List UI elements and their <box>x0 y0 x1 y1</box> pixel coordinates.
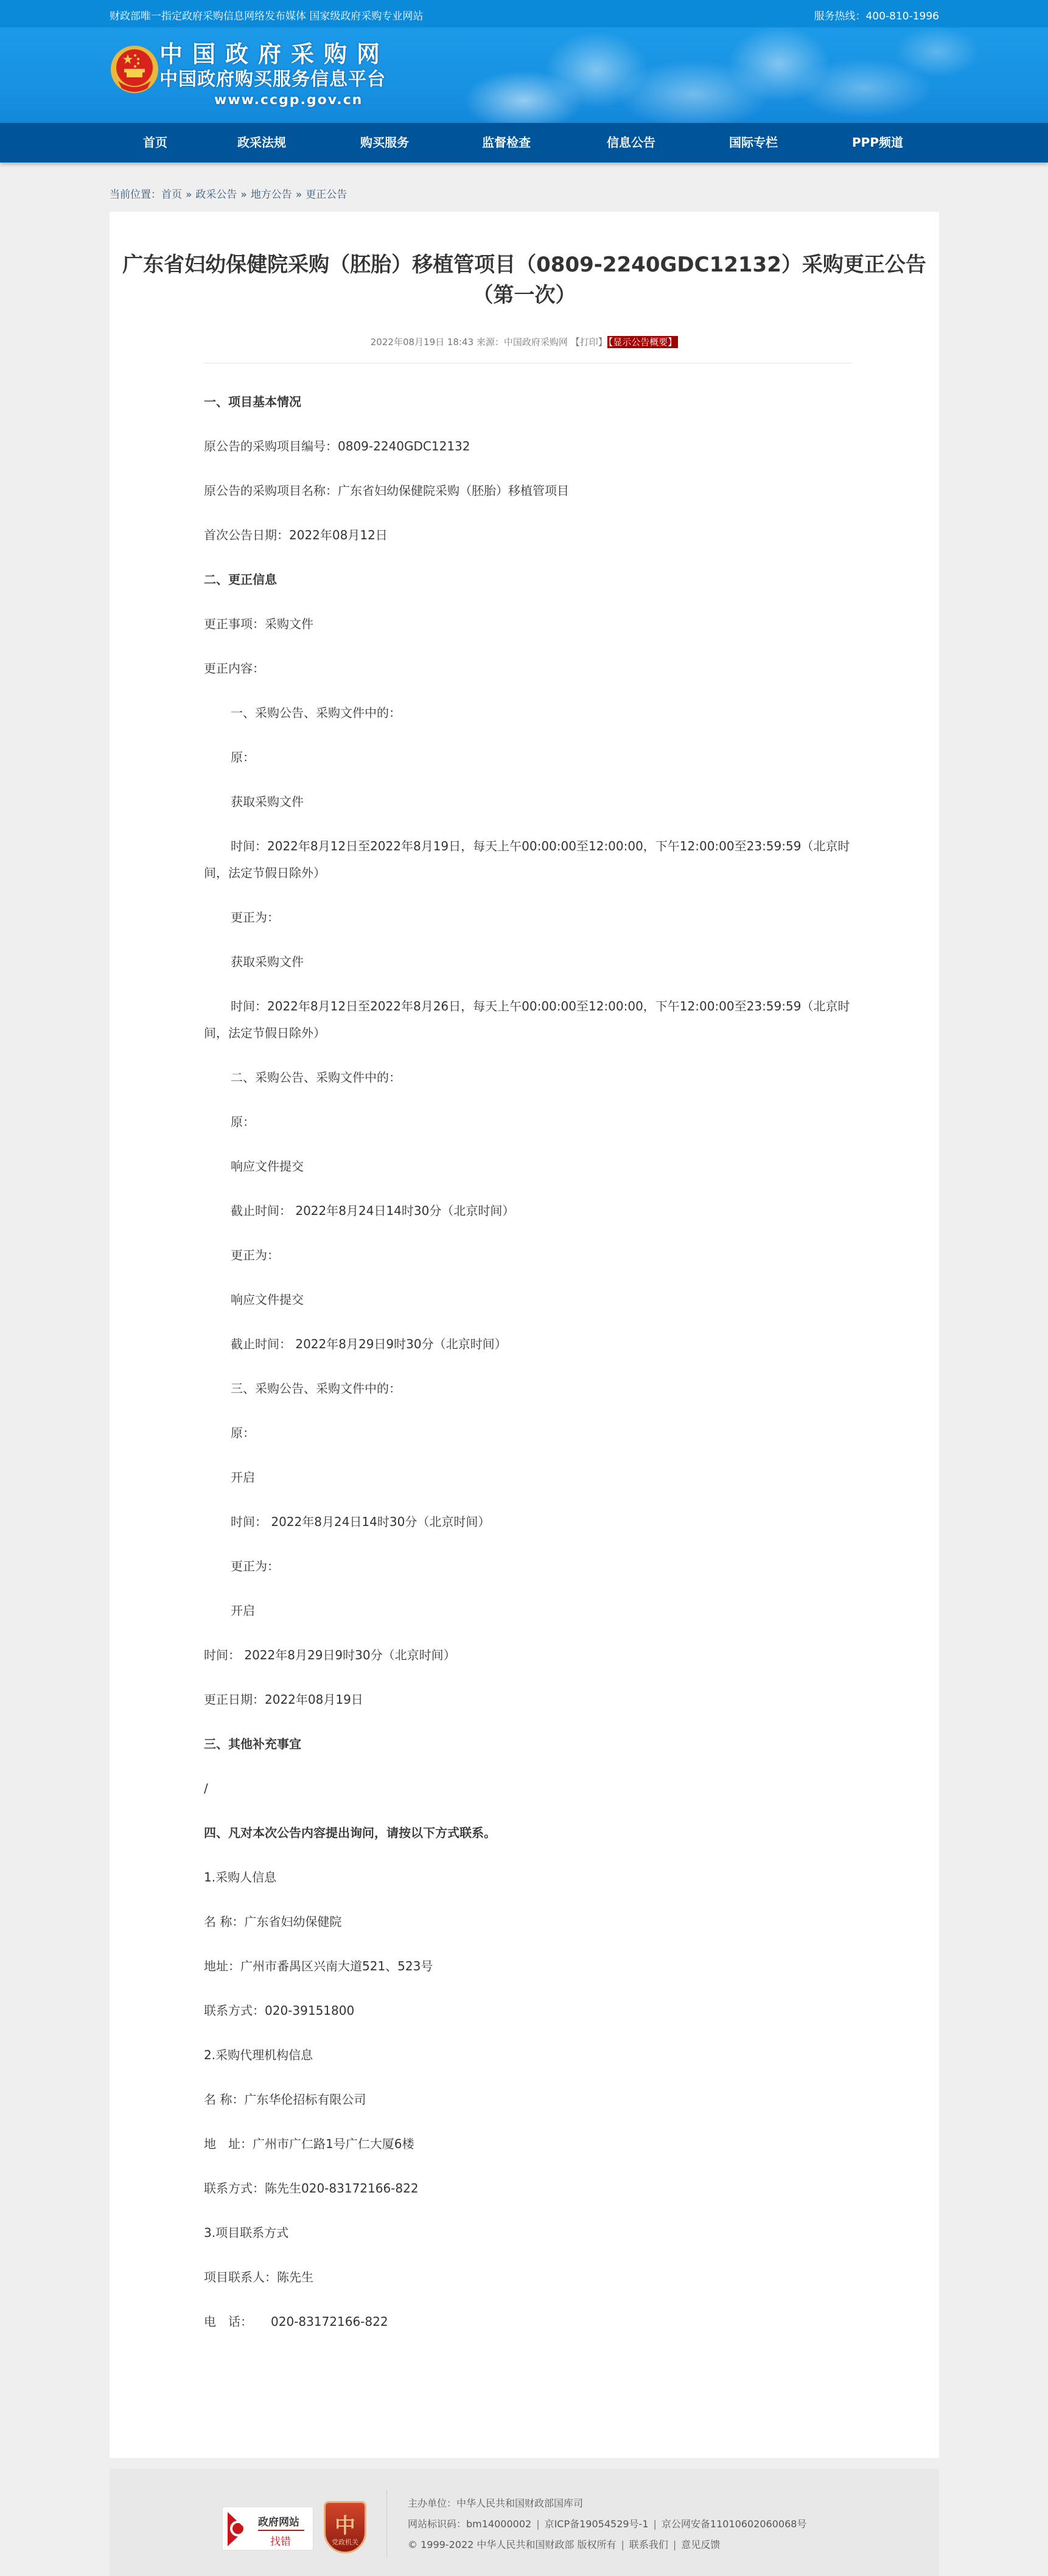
national-emblem-icon <box>110 44 159 94</box>
body-paragraph: 原公告的采购项目名称：广东省妇幼保健院采购（胚胎）移植管项目 <box>204 477 855 504</box>
body-paragraph: 地 址：广州市广仁路1号广仁大厦6楼 <box>204 2130 855 2157</box>
logo-title: 中国政府采购网 <box>159 41 390 68</box>
footer-sponsor: 主办单位：中华人民共和国财政部国库司 <box>408 2493 806 2514</box>
service-hotline: 服务热线：400-810-1996 <box>814 7 939 23</box>
top-bar: 财政部唯一指定政府采购信息网络发布媒体 国家级政府采购专业网站 服务热线：400… <box>0 0 1048 27</box>
body-paragraph: 更正内容： <box>204 655 855 682</box>
nav-item-home[interactable]: 首页 <box>143 123 167 163</box>
breadcrumb-separator: » <box>240 189 246 201</box>
body-paragraph: 电 话： 020-83172166-822 <box>204 2308 855 2335</box>
section-heading: 二、更正信息 <box>204 566 855 593</box>
breadcrumb-separator: » <box>186 189 192 201</box>
breadcrumb: 当前位置：首页»政采公告»地方公告»更正公告 <box>110 186 347 201</box>
badge-label-report-error: 找错 <box>270 2533 291 2548</box>
footer-separator: | <box>673 2539 676 2550</box>
cloud-background <box>438 27 986 123</box>
breadcrumb-correction-notices[interactable]: 更正公告 <box>306 189 347 201</box>
nav-item-ppp[interactable]: PPP频道 <box>852 123 903 163</box>
body-paragraph: 响应文件提交 <box>204 1153 855 1180</box>
body-paragraph: 更正为： <box>204 1242 855 1269</box>
footer-feedback-link[interactable]: 意见反馈 <box>681 2539 720 2550</box>
body-paragraph: 更正事项：采购文件 <box>204 611 855 637</box>
footer-icp-link[interactable]: 京ICP备19054529号-1 <box>545 2518 649 2530</box>
body-paragraph: 二、采购公告、采购文件中的： <box>204 1064 855 1091</box>
body-paragraph: 一、采购公告、采购文件中的： <box>204 699 855 726</box>
footer-separator: | <box>621 2539 624 2550</box>
footer-copyright: © 1999-2022 中华人民共和国财政部 版权所有 <box>408 2539 616 2550</box>
breadcrumb-procurement-notices[interactable]: 政采公告 <box>195 189 237 201</box>
site-slogan: 财政部唯一指定政府采购信息网络发布媒体 国家级政府采购专业网站 <box>110 7 423 23</box>
main-nav: 首页 政采法规 购买服务 监督检查 信息公告 国际专栏 PPP频道 <box>0 123 1048 163</box>
badge-label-gov-site: 政府网站 <box>258 2513 299 2529</box>
logo-url: www.ccgp.gov.cn <box>214 92 390 109</box>
body-paragraph: 原： <box>204 1419 855 1446</box>
breadcrumb-local-notices[interactable]: 地方公告 <box>251 189 292 201</box>
gov-site-error-report-badge[interactable]: 政府网站 找错 <box>222 2507 313 2550</box>
body-paragraph: 联系方式：陈先生020-83172166-822 <box>204 2175 855 2202</box>
publish-datetime: 2022年08月19日 18:43 <box>371 337 473 348</box>
nav-item-supervision[interactable]: 监督检查 <box>482 123 531 163</box>
nav-item-purchase-services[interactable]: 购买服务 <box>360 123 409 163</box>
footer-info: 主办单位：中华人民共和国财政部国库司 网站标识码：bm14000002|京ICP… <box>408 2493 806 2555</box>
page-title: 广东省妇幼保健院采购（胚胎）移植管项目（0809-2240GDC12132）采购… <box>122 250 927 310</box>
footer-site-id: 网站标识码：bm14000002 <box>408 2518 531 2530</box>
footer: 政府网站 找错 中 党政机关 主办单位：中华人民共和国财政部国库司 网站标识码：… <box>110 2469 939 2576</box>
breadcrumb-home[interactable]: 首页 <box>161 189 182 201</box>
body-paragraph: 获取采购文件 <box>204 788 855 815</box>
party-gov-emblem-icon: 中 <box>326 2509 365 2539</box>
title-divider <box>204 363 852 363</box>
body-paragraph: 2.采购代理机构信息 <box>204 2042 855 2068</box>
party-gov-label: 党政机关 <box>326 2537 365 2547</box>
body-paragraph: 项目联系人：陈先生 <box>204 2264 855 2291</box>
footer-separator: | <box>536 2518 539 2530</box>
article-source: 来源：中国政府采购网 <box>477 337 568 348</box>
show-summary-button[interactable]: 【显示公告概要】 <box>607 336 679 348</box>
body-paragraph: 响应文件提交 <box>204 1286 855 1313</box>
article-meta: 2022年08月19日 18:43 来源：中国政府采购网 【打印】【显示公告概要… <box>110 335 939 348</box>
body-paragraph: 时间：2022年8月12日至2022年8月19日，每天上午00:00:00至12… <box>204 833 855 886</box>
body-paragraph: 三、采购公告、采购文件中的： <box>204 1375 855 1402</box>
body-paragraph: 原： <box>204 1108 855 1135</box>
body-paragraph: 时间： 2022年8月24日14时30分（北京时间） <box>204 1508 855 1535</box>
nav-item-announcements[interactable]: 信息公告 <box>607 123 655 163</box>
section-heading: 四、凡对本次公告内容提出询问，请按以下方式联系。 <box>204 1819 855 1846</box>
body-paragraph: 3.项目联系方式 <box>204 2219 855 2246</box>
body-paragraph: 开启 <box>204 1597 855 1624</box>
breadcrumb-separator: » <box>296 189 302 201</box>
breadcrumb-prefix: 当前位置： <box>110 189 161 201</box>
body-paragraph: 原公告的采购项目编号：0809-2240GDC12132 <box>204 433 855 460</box>
magnifier-icon <box>230 2521 246 2536</box>
body-paragraph: 更正日期：2022年08月19日 <box>204 1686 855 1713</box>
body-paragraph: 截止时间： 2022年8月29日9时30分（北京时间） <box>204 1331 855 1357</box>
nav-item-regulations[interactable]: 政采法规 <box>237 123 286 163</box>
footer-divider <box>386 2490 387 2557</box>
body-paragraph: / <box>204 1775 855 1802</box>
footer-separator: | <box>654 2518 657 2530</box>
section-heading: 一、项目基本情况 <box>204 388 855 415</box>
body-paragraph: 名 称：广东华伦招标有限公司 <box>204 2086 855 2113</box>
body-paragraph: 获取采购文件 <box>204 948 855 975</box>
body-paragraph: 更正为： <box>204 904 855 931</box>
badge-divider <box>258 2530 304 2531</box>
body-paragraph: 原： <box>204 744 855 771</box>
section-heading: 三、其他补充事宜 <box>204 1731 855 1757</box>
nav-item-international[interactable]: 国际专栏 <box>729 123 778 163</box>
footer-contact-link[interactable]: 联系我们 <box>629 2539 668 2550</box>
party-gov-agency-badge[interactable]: 中 党政机关 <box>324 2501 366 2553</box>
body-paragraph: 1.采购人信息 <box>204 1864 855 1891</box>
footer-police-link[interactable]: 京公网安备11010602060068号 <box>662 2518 807 2530</box>
body-paragraph: 联系方式：020-39151800 <box>204 1997 855 2024</box>
header-banner: 中国政府采购网 中国政府购买服务信息平台 www.ccgp.gov.cn <box>0 27 1048 123</box>
body-paragraph: 截止时间： 2022年8月24日14时30分（北京时间） <box>204 1197 855 1224</box>
body-paragraph: 首次公告日期：2022年08月12日 <box>204 522 855 548</box>
logo-subtitle: 中国政府购买服务信息平台 <box>159 68 390 92</box>
body-paragraph: 时间：2022年8月12日至2022年8月26日，每天上午00:00:00至12… <box>204 993 855 1046</box>
body-paragraph: 名 称：广东省妇幼保健院 <box>204 1908 855 1935</box>
body-paragraph: 时间： 2022年8月29日9时30分（北京时间） <box>204 1642 855 1668</box>
body-paragraph: 开启 <box>204 1464 855 1491</box>
print-link[interactable]: 【打印】 <box>571 337 607 348</box>
site-logo[interactable]: 中国政府采购网 中国政府购买服务信息平台 www.ccgp.gov.cn <box>159 41 390 109</box>
body-paragraph: 更正为： <box>204 1553 855 1580</box>
article-panel: 广东省妇幼保健院采购（胚胎）移植管项目（0809-2240GDC12132）采购… <box>110 212 939 2458</box>
body-paragraph: 地址：广州市番禺区兴南大道521、523号 <box>204 1953 855 1979</box>
